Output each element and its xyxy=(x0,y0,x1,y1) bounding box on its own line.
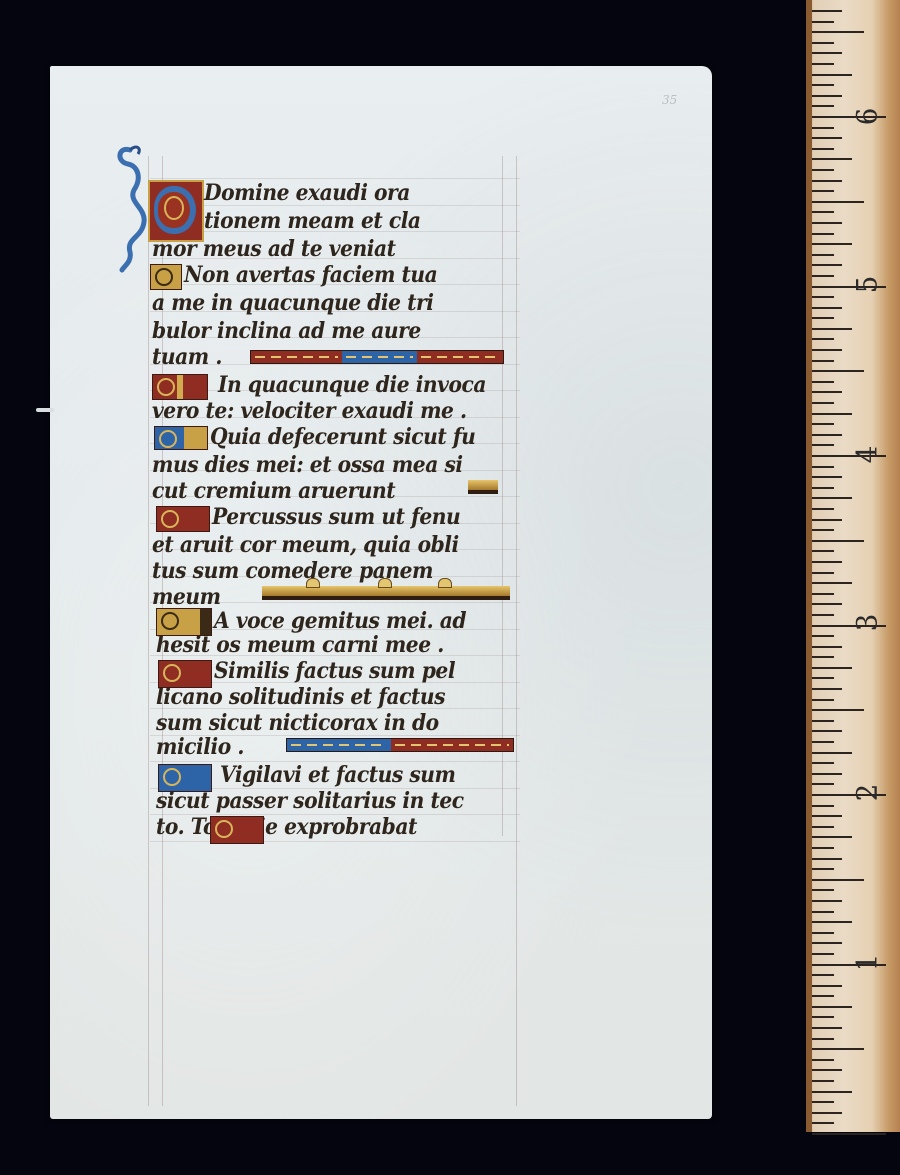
text-line: mus dies mei: et ossa mea si xyxy=(152,452,490,480)
ruler-label: 4 xyxy=(850,446,883,464)
ruling-line xyxy=(516,156,517,1106)
text-line: Percussus sum ut fenu xyxy=(212,504,482,532)
line-filler xyxy=(286,738,514,752)
text-line: sicut passer solitarius in tec xyxy=(156,788,490,816)
text-line: et aruit cor meum, quia obli xyxy=(152,532,485,560)
line-filler xyxy=(250,350,504,364)
initial-p xyxy=(156,506,210,532)
ruling-line xyxy=(148,156,149,1106)
text-line: vero te: velociter exaudi me . xyxy=(152,398,494,426)
ruler-label: 5 xyxy=(850,276,883,294)
initial-q xyxy=(154,426,208,450)
text-line: tus sum comedere panem xyxy=(152,558,457,586)
text-line: tuam . xyxy=(152,344,228,372)
gold-line-filler xyxy=(262,586,510,600)
text-line: Domine exaudi ora xyxy=(204,180,428,208)
initial-i xyxy=(152,374,208,400)
ruler-label: 6 xyxy=(850,108,883,126)
text-line: bulor inclina ad me aure xyxy=(152,318,444,346)
ruler-label: 1 xyxy=(850,954,883,972)
text-line: to. Tota die exprobrabat xyxy=(156,814,440,842)
text-line: tionem meam et cla xyxy=(204,208,439,236)
ruler-label: 2 xyxy=(850,784,883,802)
inch-ruler: 6 5 4 3 2 1 xyxy=(806,0,900,1132)
leaf-tab xyxy=(36,408,54,412)
text-line: hesit os meum carni mee . xyxy=(156,632,469,660)
text-line: mor meus ad te veniat xyxy=(152,236,417,264)
text-line: a me in quacunque die tri xyxy=(152,290,458,318)
initial-n xyxy=(150,264,182,290)
text-line: Vigilavi et factus sum xyxy=(220,762,476,790)
folio-number: 35 xyxy=(662,93,677,107)
text-line: cut cremium aruerunt xyxy=(152,478,416,506)
gold-line-filler xyxy=(468,480,498,494)
initial-a xyxy=(156,608,212,636)
ruler-label: 3 xyxy=(850,614,883,632)
text-line: Non avertas faciem tua xyxy=(184,262,459,290)
text-line: Quia defecerunt sicut fu xyxy=(210,424,498,452)
text-line: micilio . xyxy=(156,734,252,762)
text-line: Similis factus sum pel xyxy=(214,658,476,686)
initial-ornament xyxy=(164,196,184,220)
text-line: licano solitudinis et factus xyxy=(156,684,470,712)
initial-v xyxy=(158,764,212,792)
initial-s xyxy=(158,660,212,688)
initial-t xyxy=(210,816,264,844)
text-line: In quacunque die invoca xyxy=(218,372,509,400)
